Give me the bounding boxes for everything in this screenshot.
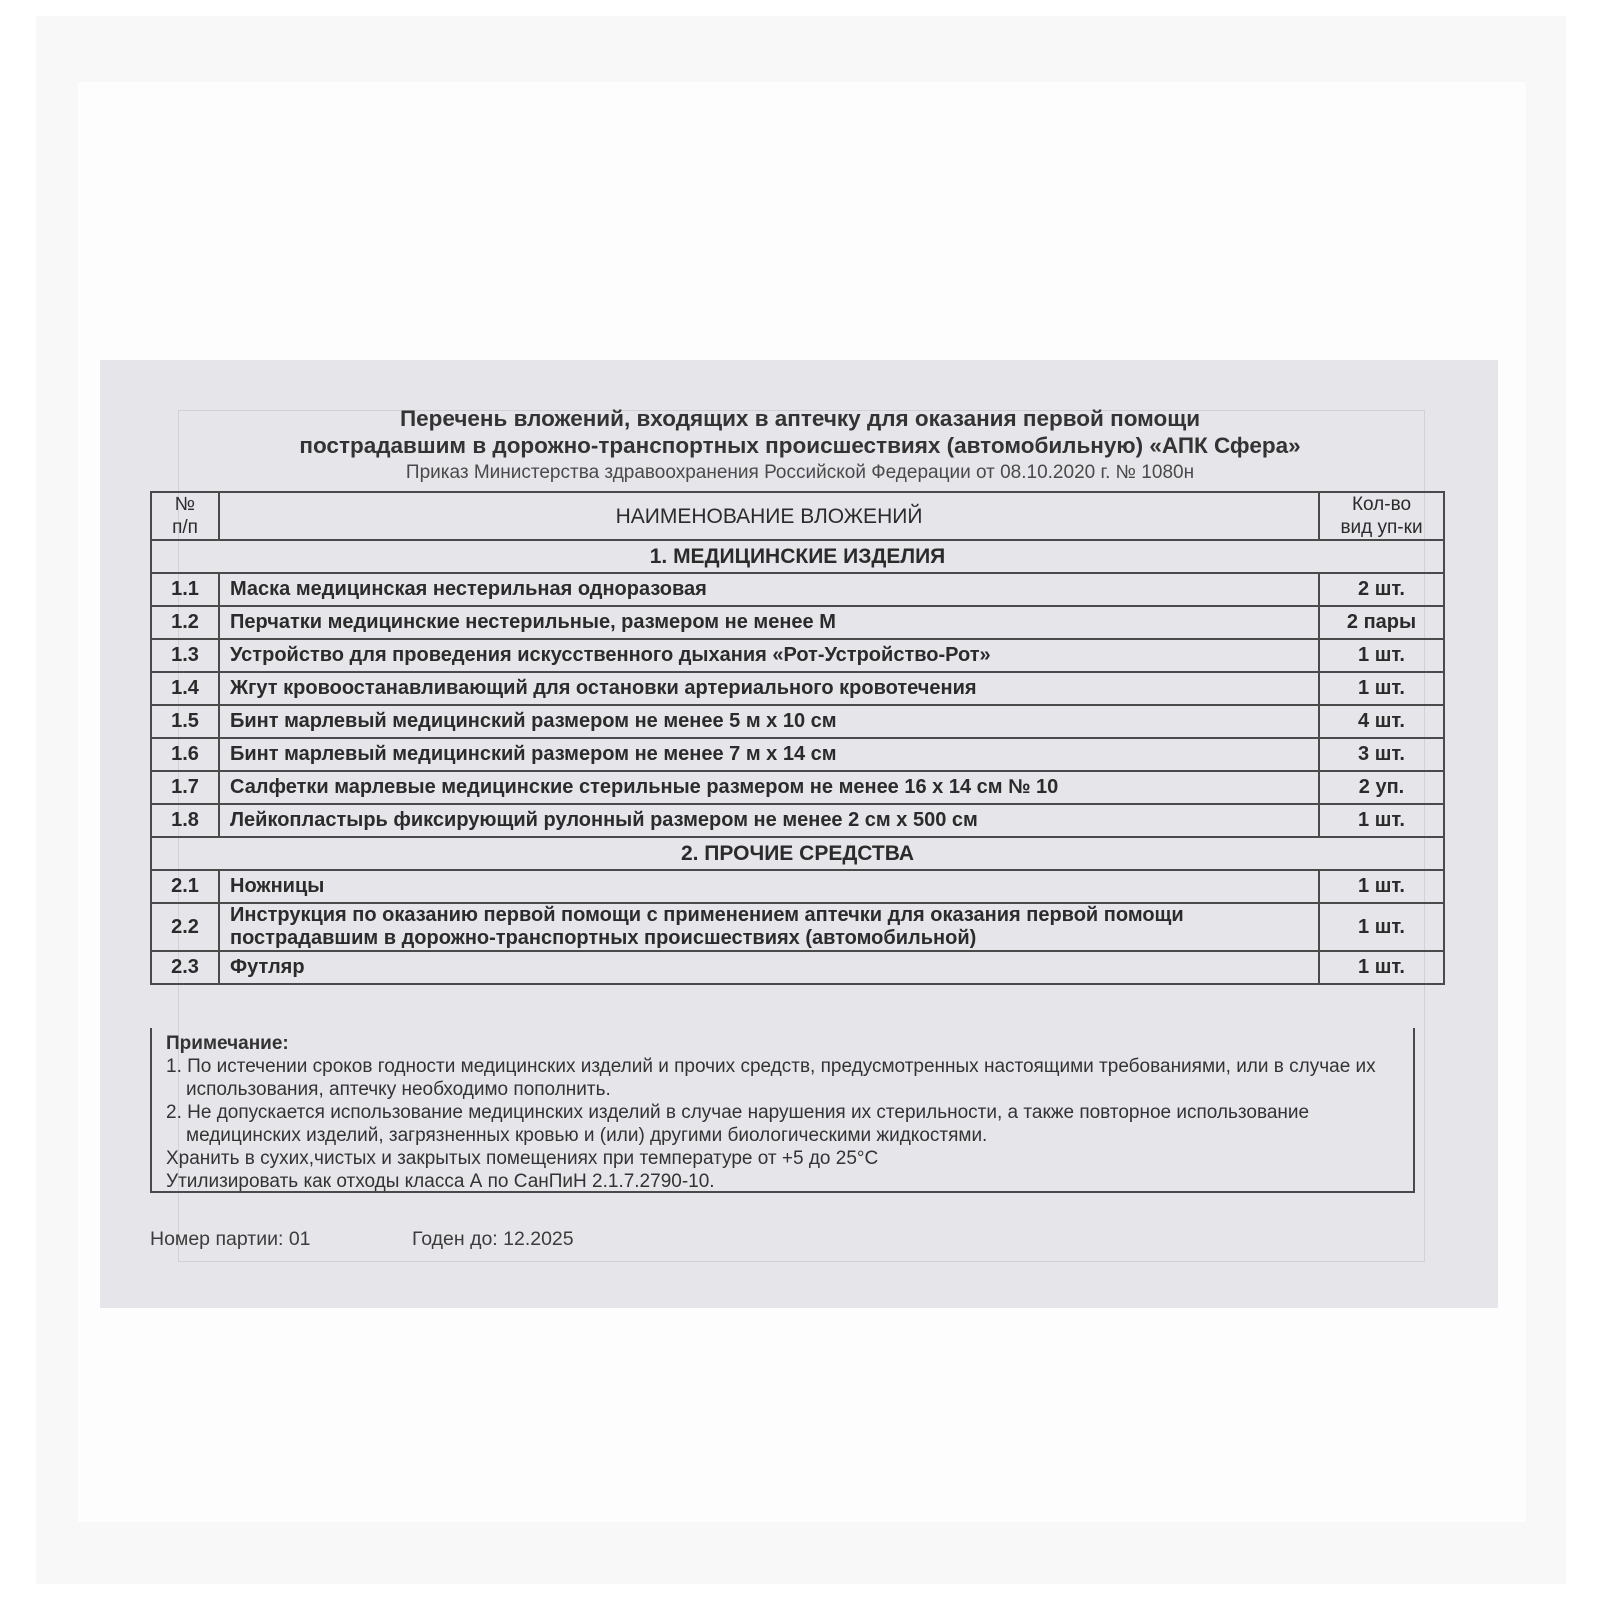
note-item: 2. Не допускается использование медицинс… <box>166 1101 1413 1147</box>
item-quantity: 1 шт. <box>1319 672 1444 705</box>
item-quantity: 1 шт. <box>1319 870 1444 903</box>
table-body: 1. МЕДИЦИНСКИЕ ИЗДЕЛИЯ1.1Маска медицинск… <box>151 540 1444 984</box>
section-row: 1. МЕДИЦИНСКИЕ ИЗДЕЛИЯ <box>151 540 1444 573</box>
item-quantity: 1 шт. <box>1319 951 1444 984</box>
item-quantity: 3 шт. <box>1319 738 1444 771</box>
item-number: 1.6 <box>151 738 219 771</box>
table-row: 2.3Футляр1 шт. <box>151 951 1444 984</box>
item-number: 1.5 <box>151 705 219 738</box>
item-name: Жгут кровоостанавливающий для остановки … <box>219 672 1319 705</box>
item-quantity: 1 шт. <box>1319 639 1444 672</box>
header-name: НАИМЕНОВАНИЕ ВЛОЖЕНИЙ <box>219 492 1319 540</box>
item-quantity: 2 шт. <box>1319 573 1444 606</box>
table-row: 1.8Лейкопластырь фиксирующий рулонный ра… <box>151 804 1444 837</box>
item-number: 2.3 <box>151 951 219 984</box>
document-subtitle: Приказ Министерства здравоохранения Росс… <box>150 462 1450 484</box>
table-row: 1.7Салфетки марлевые медицинские стериль… <box>151 771 1444 804</box>
item-name: Устройство для проведения искусственного… <box>219 639 1319 672</box>
storage-note: Хранить в сухих,чистых и закрытых помеще… <box>166 1147 1413 1170</box>
item-name: Перчатки медицинские нестерильные, разме… <box>219 606 1319 639</box>
table-header-row: №п/п НАИМЕНОВАНИЕ ВЛОЖЕНИЙ Кол-вовид уп-… <box>151 492 1444 540</box>
section-title: 1. МЕДИЦИНСКИЕ ИЗДЕЛИЯ <box>151 540 1444 573</box>
item-number: 2.1 <box>151 870 219 903</box>
item-name: Бинт марлевый медицинский размером не ме… <box>219 738 1319 771</box>
item-name: Маска медицинская нестерильная одноразов… <box>219 573 1319 606</box>
table-row: 1.6Бинт марлевый медицинский размером не… <box>151 738 1444 771</box>
header-number: №п/п <box>151 492 219 540</box>
item-name: Футляр <box>219 951 1319 984</box>
item-number: 1.2 <box>151 606 219 639</box>
item-number: 1.3 <box>151 639 219 672</box>
item-name: Бинт марлевый медицинский размером не ме… <box>219 705 1319 738</box>
table-row: 1.2Перчатки медицинские нестерильные, ра… <box>151 606 1444 639</box>
item-quantity: 4 шт. <box>1319 705 1444 738</box>
item-name: Салфетки марлевые медицинские стерильные… <box>219 771 1319 804</box>
batch-number: Номер партии: 01 <box>150 1228 311 1251</box>
section-row: 2. ПРОЧИЕ СРЕДСТВА <box>151 837 1444 870</box>
item-number: 1.8 <box>151 804 219 837</box>
item-name: Инструкция по оказанию первой помощи с п… <box>219 903 1319 951</box>
expiry-date: Годен до: 12.2025 <box>412 1228 574 1251</box>
table-row: 1.4Жгут кровоостанавливающий для останов… <box>151 672 1444 705</box>
table-row: 1.5Бинт марлевый медицинский размером не… <box>151 705 1444 738</box>
item-quantity: 1 шт. <box>1319 903 1444 951</box>
table-row: 1.1Маска медицинская нестерильная однора… <box>151 573 1444 606</box>
item-name: Лейкопластырь фиксирующий рулонный разме… <box>219 804 1319 837</box>
section-title: 2. ПРОЧИЕ СРЕДСТВА <box>151 837 1444 870</box>
note-item: 1. По истечении сроков годности медицинс… <box>166 1055 1413 1101</box>
item-quantity: 1 шт. <box>1319 804 1444 837</box>
table-row: 1.3Устройство для проведения искусственн… <box>151 639 1444 672</box>
item-quantity: 2 уп. <box>1319 771 1444 804</box>
notes-box: Примечание: 1. По истечении сроков годно… <box>150 1028 1415 1193</box>
disposal-note: Утилизировать как отходы класса А по Сан… <box>166 1170 1413 1193</box>
item-number: 2.2 <box>151 903 219 951</box>
item-number: 1.7 <box>151 771 219 804</box>
item-number: 1.1 <box>151 573 219 606</box>
table-row: 2.1Ножницы1 шт. <box>151 870 1444 903</box>
notes-title: Примечание: <box>166 1032 1413 1055</box>
item-number: 1.4 <box>151 672 219 705</box>
contents-table: №п/п НАИМЕНОВАНИЕ ВЛОЖЕНИЙ Кол-вовид уп-… <box>150 491 1445 985</box>
item-quantity: 2 пары <box>1319 606 1444 639</box>
item-name: Ножницы <box>219 870 1319 903</box>
document-title-line2: пострадавшим в дорожно-транспортных прои… <box>150 432 1450 459</box>
document-title-line1: Перечень вложений, входящих в аптечку дл… <box>150 405 1450 432</box>
header-quantity: Кол-вовид уп-ки <box>1319 492 1444 540</box>
table-row: 2.2Инструкция по оказанию первой помощи … <box>151 903 1444 951</box>
